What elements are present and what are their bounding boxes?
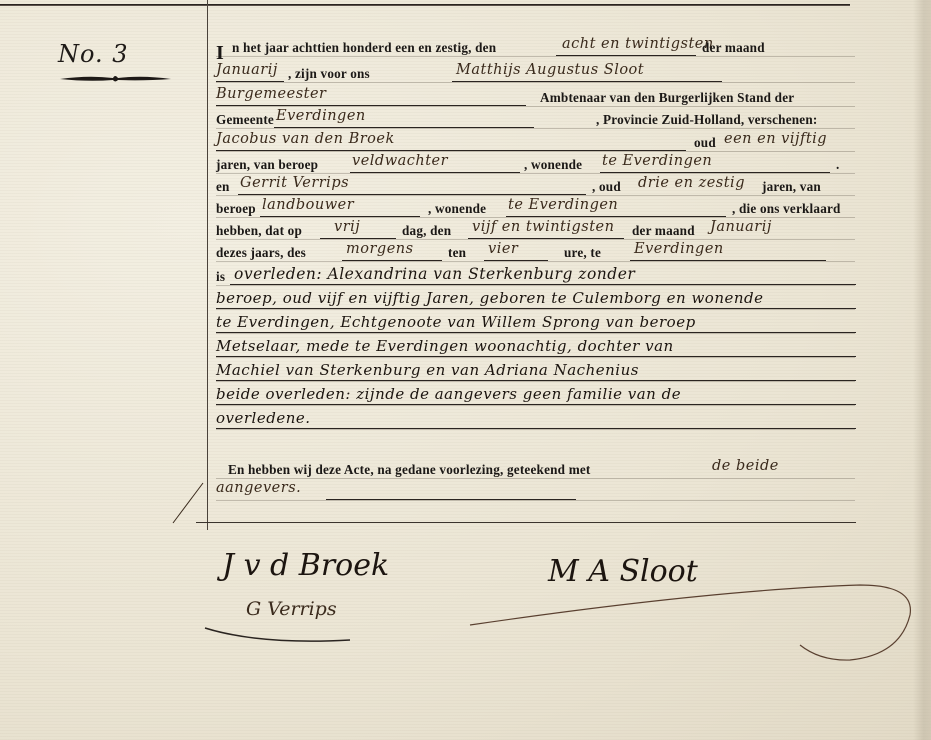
signature-official-flourish-icon: [460, 575, 920, 675]
line-7: en Gerrit Verrips , oud drie en zestig j…: [216, 177, 855, 199]
line-6: jaren, van beroep veldwachter , wonende …: [216, 155, 855, 177]
handwritten-witness1-occupation: veldwachter: [352, 153, 448, 169]
line-closing-2: aangevers.: [216, 482, 855, 504]
printed-jaren-van: jaren, van: [762, 179, 821, 195]
line-2: Januarij , zijn voor ons Matthijs August…: [216, 64, 855, 86]
handwritten-signers: de beide: [712, 458, 779, 474]
handwritten-witness2-occupation: landbouwer: [262, 197, 354, 213]
line-5: Jacobus van den Broek oud een en vijftig: [216, 133, 855, 155]
printed-der-maand-2: der maand: [632, 223, 695, 239]
printed-dezes-jaars: dezes jaars, des: [216, 245, 306, 261]
handwritten-witness1-residence: te Everdingen: [602, 153, 712, 169]
margin-pen-stroke-icon: [168, 478, 208, 528]
handwritten-official-name: Matthijs Augustus Sloot: [456, 62, 644, 78]
handwritten-body-6: overledene.: [216, 409, 311, 427]
printed-verklaard: , die ons verklaard: [732, 201, 841, 217]
printed-oud-2: , oud: [592, 179, 621, 195]
line-11: is overleden: Alexandrina van Sterkenbur…: [216, 267, 855, 289]
printed-closing: En hebben wij deze Acte, na gedane voorl…: [228, 462, 591, 478]
handwritten-weekday: vrij: [334, 219, 360, 235]
printed-dag-den: dag, den: [402, 223, 451, 239]
line-16: beide overleden: zijnde de aangevers gee…: [216, 387, 855, 409]
printed-wonende: , wonende: [524, 157, 582, 173]
line-closing: En hebben wij deze Acte, na gedane voorl…: [216, 460, 855, 482]
handwritten-death-place: Everdingen: [634, 241, 724, 257]
signature-witness1: J v d Broek: [222, 548, 389, 583]
signature-underline-flourish-icon: [200, 620, 360, 650]
printed-gemeente: Gemeente: [216, 112, 274, 128]
handwritten-witness2-residence: te Everdingen: [508, 197, 618, 213]
line-15: Machiel van Sterkenburg en van Adriana N…: [216, 363, 855, 385]
printed-beroep: jaren, van beroep: [216, 157, 318, 173]
line-14: Metselaar, mede te Everdingen woonachtig…: [216, 339, 855, 361]
top-border-rule-thin: [0, 5, 850, 6]
margin-rule: [207, 0, 208, 530]
line-8: beroep landbouwer , wonende te Everdinge…: [216, 199, 855, 221]
printed-provincie: , Provincie Zuid-Holland, verschenen:: [596, 112, 817, 128]
handwritten-death-day: vijf en twintigsten: [472, 219, 614, 235]
handwritten-death-month: Januarij: [710, 219, 772, 235]
handwritten-witness1-name: Jacobus van den Broek: [216, 131, 395, 147]
printed-ambtenaar: Ambtenaar van den Burgerlijken Stand der: [540, 90, 794, 106]
line-17: overledene.: [216, 411, 855, 433]
line-9: hebben, dat op vrij dag, den vijf en twi…: [216, 221, 855, 243]
handwritten-deceased: overleden: Alexandrina van Sterkenburg z…: [234, 265, 635, 283]
act-number: No. 3: [58, 40, 129, 68]
line-3: Burgemeester Ambtenaar van den Burgerlij…: [216, 88, 855, 110]
line-1: IIn het jaar achttien honderd een en zes…: [216, 38, 855, 60]
line-13: te Everdingen, Echtgenoote van Willem Sp…: [216, 315, 855, 337]
printed-period: .: [836, 157, 840, 173]
printed-oud: oud: [694, 135, 716, 151]
line-10: dezes jaars, des morgens ten vier ure, t…: [216, 243, 855, 265]
flourish-ornament-icon: [58, 72, 173, 84]
handwritten-title: Burgemeester: [216, 86, 326, 102]
printed-der-maand: der maand: [702, 40, 765, 56]
printed-is: is: [216, 269, 225, 285]
printed-intro: n het jaar achttien honderd een en zesti…: [232, 40, 496, 56]
signature-separator-rule: [196, 522, 856, 523]
handwritten-body-4: Machiel van Sterkenburg en van Adriana N…: [216, 361, 639, 379]
handwritten-date-day: acht en twintigsten: [562, 36, 714, 52]
handwritten-body-5: beide overleden: zijnde de aangevers gee…: [216, 385, 681, 403]
document-page: No. 3 IIn het jaar achttien honderd een …: [0, 0, 931, 740]
handwritten-municipality: Everdingen: [276, 108, 366, 124]
printed-en: en: [216, 179, 230, 195]
handwritten-body-3: Metselaar, mede te Everdingen woonachtig…: [216, 337, 674, 355]
handwritten-time-of-day: morgens: [346, 241, 414, 257]
line-4: Gemeente Everdingen , Provincie Zuid-Hol…: [216, 110, 855, 132]
handwritten-body-2: te Everdingen, Echtgenoote van Willem Sp…: [216, 313, 696, 331]
signature-witness2: G Verrips: [246, 598, 337, 620]
handwritten-hour: vier: [488, 241, 518, 257]
handwritten-month: Januarij: [216, 62, 278, 78]
handwritten-witness2-age: drie en zestig: [638, 175, 745, 191]
handwritten-witness1-age: een en vijftig: [724, 131, 827, 147]
line-12: beroep, oud vijf en vijftig Jaren, gebor…: [216, 291, 855, 313]
printed-ure-te: ure, te: [564, 245, 601, 261]
handwritten-aangevers: aangevers.: [216, 480, 301, 496]
printed-ten: ten: [448, 245, 466, 261]
printed-hebben-dat-op: hebben, dat op: [216, 223, 302, 239]
printed-beroep-2: beroep: [216, 201, 256, 217]
printed-wonende-2: , wonende: [428, 201, 486, 217]
handwritten-witness2-name: Gerrit Verrips: [240, 175, 349, 191]
handwritten-body-1: beroep, oud vijf en vijftig Jaren, gebor…: [216, 289, 764, 307]
printed-zijn-voor-ons: , zijn voor ons: [288, 66, 370, 82]
